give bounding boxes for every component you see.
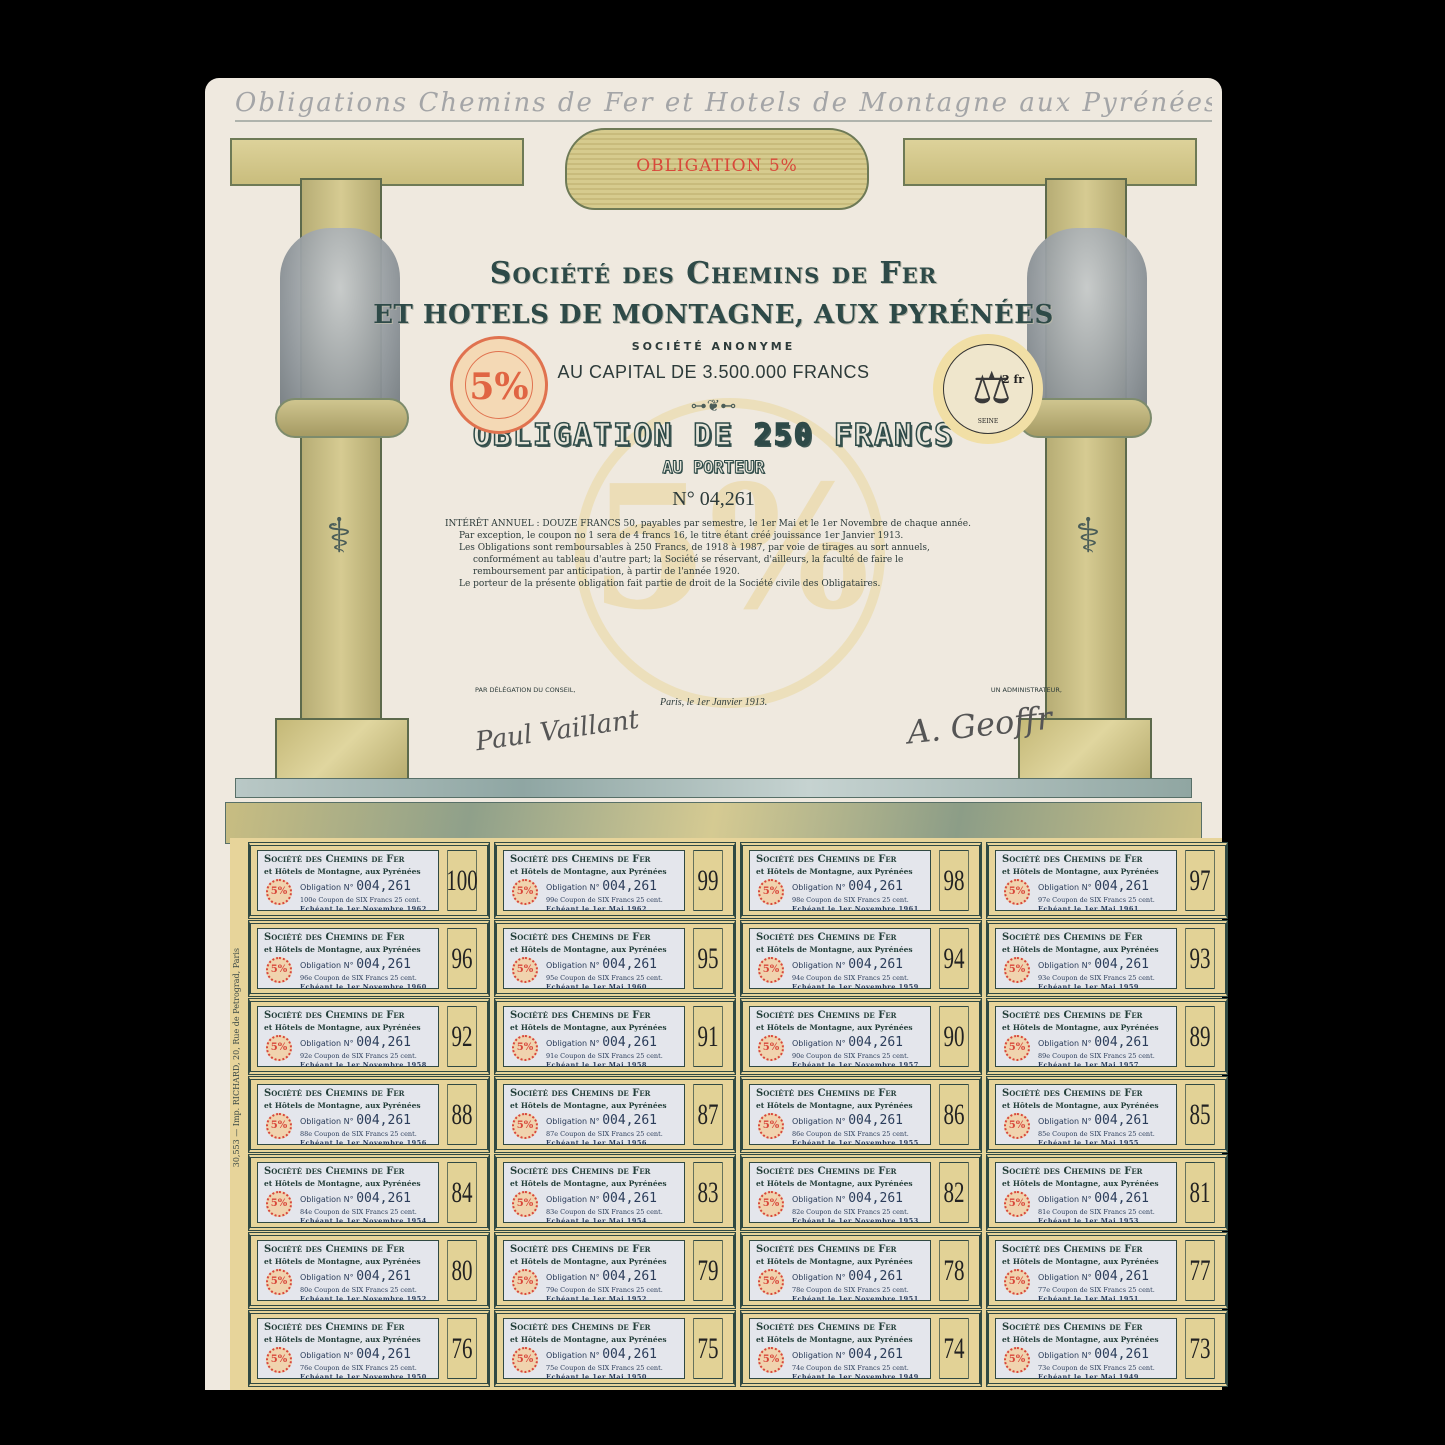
coupon-number: 87	[693, 1084, 722, 1145]
coupon-body: Société des Chemins de Fer et Hôtels de …	[257, 1084, 439, 1145]
coupon-obligation: Obligation N° 004,261	[1038, 1347, 1149, 1362]
coupon[interactable]: Société des Chemins de Fer et Hôtels de …	[986, 920, 1228, 997]
justice-figure-icon: ⚖	[972, 363, 1011, 414]
obligation-label: Obligation N°	[1038, 961, 1092, 970]
coupon-title: Société des Chemins de Fer	[756, 932, 896, 943]
coupon[interactable]: Société des Chemins de Fer et Hôtels de …	[494, 920, 736, 997]
coupon-title: Société des Chemins de Fer	[510, 932, 650, 943]
coupon[interactable]: Société des Chemins de Fer et Hôtels de …	[986, 1232, 1228, 1309]
obligation-number: 004,261	[1094, 879, 1149, 894]
coupon-title: Société des Chemins de Fer	[510, 1166, 650, 1177]
coupon-number: 94	[939, 928, 968, 989]
coupon-seal-icon: 5%	[758, 879, 784, 905]
coupon-body: Société des Chemins de Fer et Hôtels de …	[503, 1240, 685, 1301]
terms-line: Par exception, le coupon no 1 sera de 4 …	[445, 530, 1057, 542]
obligation-label: Obligation N°	[1038, 883, 1092, 892]
coupon-amount-line: 100e Coupon de SIX Francs 25 cent.	[300, 896, 421, 904]
coupon-body: Société des Chemins de Fer et Hôtels de …	[749, 1162, 931, 1223]
obligation-label: Obligation N°	[300, 1273, 354, 1282]
coupon-due-line: Echéant le 1er Novembre 1955	[792, 1139, 919, 1147]
coupon-amount-line: 73e Coupon de SIX Francs 25 cent.	[1038, 1364, 1155, 1372]
coupon-subtitle: et Hôtels de Montagne, aux Pyrénées	[756, 1101, 913, 1110]
coupon-due-line: Echéant le 1er Novembre 1954	[300, 1217, 427, 1225]
coupon-number: 86	[939, 1084, 968, 1145]
coupon-number: 92	[447, 1006, 476, 1067]
coupon-body: Société des Chemins de Fer et Hôtels de …	[749, 1318, 931, 1379]
coupon-title: Société des Chemins de Fer	[264, 1088, 404, 1099]
coupon-body: Société des Chemins de Fer et Hôtels de …	[503, 928, 685, 989]
coupon-body: Société des Chemins de Fer et Hôtels de …	[257, 1162, 439, 1223]
obligation-label: Obligation N°	[546, 1351, 600, 1360]
coupon-body: Société des Chemins de Fer et Hôtels de …	[749, 850, 931, 911]
coupon-subtitle: et Hôtels de Montagne, aux Pyrénées	[1002, 1023, 1159, 1032]
coupon-due-line: Echéant le 1er Novembre 1962	[300, 905, 427, 913]
coupon-due-line: Echéant le 1er Novembre 1951	[792, 1295, 919, 1303]
obligation-number: 004,261	[848, 879, 903, 894]
coupon[interactable]: Société des Chemins de Fer et Hôtels de …	[986, 1154, 1228, 1231]
coupon-seal-icon: 5%	[512, 1113, 538, 1139]
coupon-body: Société des Chemins de Fer et Hôtels de …	[257, 1240, 439, 1301]
coupon-seal-icon: 5%	[758, 1269, 784, 1295]
coupon-obligation: Obligation N° 004,261	[1038, 879, 1149, 894]
coupon-due-line: Echéant le 1er Mai 1953	[1038, 1217, 1139, 1225]
coupon-seal-icon: 5%	[266, 1035, 292, 1061]
terms-line: Les Obligations sont remboursables à 250…	[445, 542, 1057, 554]
coupon-body: Société des Chemins de Fer et Hôtels de …	[995, 1084, 1177, 1145]
marble-band-upper	[235, 778, 1192, 798]
coupon-seal-icon: 5%	[512, 1269, 538, 1295]
coupon-obligation: Obligation N° 004,261	[300, 957, 411, 972]
coupon-due-line: Echéant le 1er Novembre 1953	[792, 1217, 919, 1225]
coupon-seal-icon: 5%	[266, 879, 292, 905]
coupon-obligation: Obligation N° 004,261	[300, 1347, 411, 1362]
obligation-label: Obligation N°	[546, 961, 600, 970]
coupon-amount-line: 94e Coupon de SIX Francs 25 cent.	[792, 974, 909, 982]
coupon-body: Société des Chemins de Fer et Hôtels de …	[257, 928, 439, 989]
script-border-band: Obligations Chemins de Fer et Hotels de …	[235, 86, 1212, 122]
obligation-number: 004,261	[602, 1347, 657, 1362]
coupon[interactable]: Société des Chemins de Fer et Hôtels de …	[494, 1076, 736, 1153]
coupon[interactable]: Société des Chemins de Fer et Hôtels de …	[248, 1076, 490, 1153]
coupon-number: 74	[939, 1318, 968, 1379]
coupon-number: 84	[447, 1162, 476, 1223]
coupon-obligation: Obligation N° 004,261	[300, 1035, 411, 1050]
tax-stamp-seal: ⚖ 2 fr SEINE	[933, 334, 1043, 444]
bearer-label: AU PORTEUR	[205, 458, 1222, 478]
coupon-number: 95	[693, 928, 722, 989]
coupon-amount-line: 77e Coupon de SIX Francs 25 cent.	[1038, 1286, 1155, 1294]
tax-stamp-ring: ⚖ 2 fr SEINE	[943, 344, 1033, 434]
coupon-number: 77	[1185, 1240, 1214, 1301]
obligation-label: Obligation N°	[792, 1039, 846, 1048]
caduceus-icon: ⚕	[300, 508, 378, 564]
coupon-due-line: Echéant le 1er Mai 1957	[1038, 1061, 1139, 1069]
coupon-seal-icon: 5%	[758, 1113, 784, 1139]
obligation-number: 004,261	[356, 1035, 411, 1050]
obligation-number: 004,261	[602, 879, 657, 894]
coupon-title: Société des Chemins de Fer	[1002, 1166, 1142, 1177]
coupon-amount-line: 92e Coupon de SIX Francs 25 cent.	[300, 1052, 417, 1060]
coupon-title: Société des Chemins de Fer	[1002, 1322, 1142, 1333]
bond-title: OBLIGATION DE 250 FRANCS	[205, 418, 1222, 453]
obligation-label: Obligation N°	[1038, 1039, 1092, 1048]
coupon-obligation: Obligation N° 004,261	[792, 1113, 903, 1128]
terms-line: Le porteur de la présente obligation fai…	[445, 578, 1057, 590]
obligation-label: Obligation N°	[300, 883, 354, 892]
obligation-label: Obligation N°	[792, 961, 846, 970]
coupon[interactable]: Société des Chemins de Fer et Hôtels de …	[740, 1310, 982, 1387]
coupon-due-line: Echéant le 1er Mai 1955	[1038, 1139, 1139, 1147]
coupon[interactable]: Société des Chemins de Fer et Hôtels de …	[248, 998, 490, 1075]
coupon-subtitle: et Hôtels de Montagne, aux Pyrénées	[756, 1179, 913, 1188]
coupon-seal-icon: 5%	[1004, 1269, 1030, 1295]
coupon-obligation: Obligation N° 004,261	[300, 1191, 411, 1206]
coupon-amount-line: 98e Coupon de SIX Francs 25 cent.	[792, 896, 909, 904]
coupon-number: 85	[1185, 1084, 1214, 1145]
coupon-obligation: Obligation N° 004,261	[546, 1269, 657, 1284]
coupon-obligation: Obligation N° 004,261	[1038, 957, 1149, 972]
coupon-obligation: Obligation N° 004,261	[300, 879, 411, 894]
coupon-seal-icon: 5%	[1004, 1113, 1030, 1139]
obligation-label: Obligation N°	[546, 1195, 600, 1204]
coupon[interactable]: Société des Chemins de Fer et Hôtels de …	[494, 1232, 736, 1309]
coupon-body: Société des Chemins de Fer et Hôtels de …	[257, 850, 439, 911]
coupon-number: 80	[447, 1240, 476, 1301]
coupon-number: 82	[939, 1162, 968, 1223]
obligation-label: Obligation N°	[792, 1273, 846, 1282]
coupon-seal-icon: 5%	[758, 1191, 784, 1217]
coupon-subtitle: et Hôtels de Montagne, aux Pyrénées	[264, 1023, 421, 1032]
coupon-amount-line: 74e Coupon de SIX Francs 25 cent.	[792, 1364, 909, 1372]
obligation-number: 004,261	[1094, 1269, 1149, 1284]
coupon-body: Société des Chemins de Fer et Hôtels de …	[749, 1084, 931, 1145]
side-printer-imprint: 30,553 — Imp. RICHARD, 20, Rue de Petrog…	[232, 948, 241, 1167]
obligation-number: 004,261	[848, 1191, 903, 1206]
coupon-number: 76	[447, 1318, 476, 1379]
coupon-seal-icon: 5%	[512, 957, 538, 983]
obligation-number: 004,261	[602, 1269, 657, 1284]
coupon-due-line: Echéant le 1er Mai 1959	[1038, 983, 1139, 991]
coupon-seal-icon: 5%	[266, 1269, 292, 1295]
coupon-obligation: Obligation N° 004,261	[546, 957, 657, 972]
coupon-due-line: Echéant le 1er Mai 1960	[546, 983, 647, 991]
coupon[interactable]: Société des Chemins de Fer et Hôtels de …	[494, 1154, 736, 1231]
obligation-label: Obligation N°	[792, 1195, 846, 1204]
coupon-amount-line: 95e Coupon de SIX Francs 25 cent.	[546, 974, 663, 982]
obligation-label: Obligation N°	[792, 1117, 846, 1126]
coupon-obligation: Obligation N° 004,261	[300, 1113, 411, 1128]
coupon-subtitle: et Hôtels de Montagne, aux Pyrénées	[264, 945, 421, 954]
coupon-amount-line: 99e Coupon de SIX Francs 25 cent.	[546, 896, 663, 904]
coupon-seal-icon: 5%	[1004, 1191, 1030, 1217]
obligation-number: 004,261	[356, 1347, 411, 1362]
obligation-number: 004,261	[1094, 1347, 1149, 1362]
coupon[interactable]: Société des Chemins de Fer et Hôtels de …	[248, 920, 490, 997]
coupon-amount-line: 86e Coupon de SIX Francs 25 cent.	[792, 1130, 909, 1138]
coupon[interactable]: Société des Chemins de Fer et Hôtels de …	[494, 1310, 736, 1387]
obligation-number: 004,261	[1094, 1191, 1149, 1206]
coupon-number: 100	[447, 850, 476, 911]
coupon-seal-icon: 5%	[758, 1347, 784, 1373]
obligation-number: 004,261	[848, 1113, 903, 1128]
coupon-seal-icon: 5%	[266, 1113, 292, 1139]
coupon-title: Société des Chemins de Fer	[756, 854, 896, 865]
coupon-subtitle: et Hôtels de Montagne, aux Pyrénées	[1002, 1101, 1159, 1110]
company-type: SOCIÉTÉ ANONYME	[205, 340, 1222, 353]
coupon-seal-icon: 5%	[1004, 1347, 1030, 1373]
coupon[interactable]: Société des Chemins de Fer et Hôtels de …	[986, 1076, 1228, 1153]
obligation-number: 004,261	[602, 1191, 657, 1206]
obligation-label: Obligation N°	[1038, 1273, 1092, 1282]
flourish-ornament-icon: ⊶❦⊷	[205, 396, 1222, 415]
coupon-body: Société des Chemins de Fer et Hôtels de …	[503, 1318, 685, 1379]
coupon-seal-icon: 5%	[1004, 1035, 1030, 1061]
coupon-subtitle: et Hôtels de Montagne, aux Pyrénées	[1002, 1257, 1159, 1266]
bond-title-suffix: FRANCS	[814, 418, 954, 453]
coupon-amount-line: 87e Coupon de SIX Francs 25 cent.	[546, 1130, 663, 1138]
coupon[interactable]: Société des Chemins de Fer et Hôtels de …	[740, 842, 982, 919]
coupon[interactable]: Société des Chemins de Fer et Hôtels de …	[986, 1310, 1228, 1387]
coupon-due-line: Echéant le 1er Novembre 1961	[792, 905, 919, 913]
coupon-title: Société des Chemins de Fer	[510, 1010, 650, 1021]
obligation-label: Obligation N°	[300, 1039, 354, 1048]
coupon-amount-line: 82e Coupon de SIX Francs 25 cent.	[792, 1208, 909, 1216]
obligation-number: 004,261	[848, 957, 903, 972]
obligation-number: 004,261	[848, 1269, 903, 1284]
coupon[interactable]: Société des Chemins de Fer et Hôtels de …	[986, 842, 1228, 919]
coupon[interactable]: Société des Chemins de Fer et Hôtels de …	[740, 1076, 982, 1153]
coupon-number: 99	[693, 850, 722, 911]
coupon-title: Société des Chemins de Fer	[264, 1244, 404, 1255]
coupon-obligation: Obligation N° 004,261	[1038, 1191, 1149, 1206]
coupon-body: Société des Chemins de Fer et Hôtels de …	[503, 1162, 685, 1223]
obligation-label: Obligation N°	[1038, 1195, 1092, 1204]
coupon-subtitle: et Hôtels de Montagne, aux Pyrénées	[510, 1023, 667, 1032]
coupon-subtitle: et Hôtels de Montagne, aux Pyrénées	[1002, 1335, 1159, 1344]
coupon[interactable]: Société des Chemins de Fer et Hôtels de …	[494, 998, 736, 1075]
obligation-number: 004,261	[1094, 957, 1149, 972]
coupon-due-line: Echéant le 1er Mai 1956	[546, 1139, 647, 1147]
coupon-subtitle: et Hôtels de Montagne, aux Pyrénées	[510, 867, 667, 876]
coupon-number: 83	[693, 1162, 722, 1223]
coupon-obligation: Obligation N° 004,261	[300, 1269, 411, 1284]
obligation-number: 004,261	[848, 1347, 903, 1362]
coupon-obligation: Obligation N° 004,261	[1038, 1269, 1149, 1284]
coupon-number: 98	[939, 850, 968, 911]
coupon-body: Société des Chemins de Fer et Hôtels de …	[995, 1240, 1177, 1301]
coupon[interactable]: Société des Chemins de Fer et Hôtels de …	[740, 998, 982, 1075]
coupon-subtitle: et Hôtels de Montagne, aux Pyrénées	[510, 1335, 667, 1344]
coupon[interactable]: Société des Chemins de Fer et Hôtels de …	[740, 920, 982, 997]
left-signature: Paul Vaillant	[474, 705, 641, 758]
coupon[interactable]: Société des Chemins de Fer et Hôtels de …	[248, 1232, 490, 1309]
coupon-due-line: Echéant le 1er Novembre 1960	[300, 983, 427, 991]
coupon-amount-line: 91e Coupon de SIX Francs 25 cent.	[546, 1052, 663, 1060]
coupon-obligation: Obligation N° 004,261	[546, 1113, 657, 1128]
coupon-amount-line: 93e Coupon de SIX Francs 25 cent.	[1038, 974, 1155, 982]
coupon-number: 75	[693, 1318, 722, 1379]
coupon[interactable]: Société des Chemins de Fer et Hôtels de …	[740, 1154, 982, 1231]
coupon-obligation: Obligation N° 004,261	[792, 1035, 903, 1050]
coupon-amount-line: 85e Coupon de SIX Francs 25 cent.	[1038, 1130, 1155, 1138]
coupon-title: Société des Chemins de Fer	[756, 1010, 896, 1021]
caduceus-icon: ⚕	[1049, 508, 1127, 564]
coupon-due-line: Echéant le 1er Novembre 1958	[300, 1061, 427, 1069]
coupon-subtitle: et Hôtels de Montagne, aux Pyrénées	[510, 1101, 667, 1110]
coupon-body: Société des Chemins de Fer et Hôtels de …	[503, 1006, 685, 1067]
obligation-label: Obligation N°	[1038, 1351, 1092, 1360]
coupon-grid: Société des Chemins de Fer et Hôtels de …	[248, 842, 1228, 1387]
red-5-percent-seal: 5%	[450, 336, 548, 434]
tax-stamp-value: 2 fr	[1002, 373, 1024, 386]
coupon-body: Société des Chemins de Fer et Hôtels de …	[995, 1318, 1177, 1379]
coupon-seal-icon: 5%	[1004, 879, 1030, 905]
left-pedestal	[275, 718, 409, 780]
coupon-subtitle: et Hôtels de Montagne, aux Pyrénées	[510, 945, 667, 954]
coupon-body: Société des Chemins de Fer et Hôtels de …	[749, 1240, 931, 1301]
coupon-title: Société des Chemins de Fer	[510, 854, 650, 865]
coupon-amount-line: 97e Coupon de SIX Francs 25 cent.	[1038, 896, 1155, 904]
obligation-label: Obligation N°	[792, 1351, 846, 1360]
coupon-amount-line: 84e Coupon de SIX Francs 25 cent.	[300, 1208, 417, 1216]
coupon-number: 73	[1185, 1318, 1214, 1379]
coupon-due-line: Echéant le 1er Mai 1962	[546, 905, 647, 913]
seal-text: 5%	[465, 351, 533, 419]
obligation-number: 004,261	[602, 957, 657, 972]
coupon-subtitle: et Hôtels de Montagne, aux Pyrénées	[756, 945, 913, 954]
coupon-number: 91	[693, 1006, 722, 1067]
coupon-obligation: Obligation N° 004,261	[1038, 1113, 1149, 1128]
coupon-title: Société des Chemins de Fer	[264, 854, 404, 865]
coupon-body: Société des Chemins de Fer et Hôtels de …	[995, 1006, 1177, 1067]
coupon-subtitle: et Hôtels de Montagne, aux Pyrénées	[264, 1335, 421, 1344]
coupon-title: Société des Chemins de Fer	[756, 1088, 896, 1099]
coupon-title: Société des Chemins de Fer	[510, 1322, 650, 1333]
coupon-obligation: Obligation N° 004,261	[546, 1347, 657, 1362]
header-badge: OBLIGATION 5%	[567, 156, 867, 176]
coupon[interactable]: Société des Chemins de Fer et Hôtels de …	[248, 1310, 490, 1387]
coupon[interactable]: Société des Chemins de Fer et Hôtels de …	[986, 998, 1228, 1075]
coupon-amount-line: 79e Coupon de SIX Francs 25 cent.	[546, 1286, 663, 1294]
obligation-number: 004,261	[356, 957, 411, 972]
coupon-seal-icon: 5%	[512, 1191, 538, 1217]
coupon-body: Société des Chemins de Fer et Hôtels de …	[749, 1006, 931, 1067]
obligation-label: Obligation N°	[546, 883, 600, 892]
terms-block: INTÉRÊT ANNUEL : DOUZE FRANCS 50, payabl…	[445, 518, 1057, 590]
coupon-number: 93	[1185, 928, 1214, 989]
coupon-subtitle: et Hôtels de Montagne, aux Pyrénées	[510, 1257, 667, 1266]
coupon-title: Société des Chemins de Fer	[1002, 854, 1142, 865]
coupon-subtitle: et Hôtels de Montagne, aux Pyrénées	[264, 1101, 421, 1110]
obligation-number: 004,261	[1094, 1113, 1149, 1128]
coupon-subtitle: et Hôtels de Montagne, aux Pyrénées	[1002, 945, 1159, 954]
bond-certificate: Obligations Chemins de Fer et Hotels de …	[205, 78, 1222, 1390]
coupon-due-line: Echéant le 1er Mai 1954	[546, 1217, 647, 1225]
obligation-number: 004,261	[602, 1035, 657, 1050]
obligation-label: Obligation N°	[792, 883, 846, 892]
coupon-seal-icon: 5%	[512, 1035, 538, 1061]
coupon-amount-line: 75e Coupon de SIX Francs 25 cent.	[546, 1364, 663, 1372]
administrator-label: UN ADMINISTRATEUR,	[991, 686, 1062, 694]
coupon-seal-icon: 5%	[266, 957, 292, 983]
coupon-amount-line: 83e Coupon de SIX Francs 25 cent.	[546, 1208, 663, 1216]
coupon-title: Société des Chemins de Fer	[510, 1244, 650, 1255]
coupon-subtitle: et Hôtels de Montagne, aux Pyrénées	[1002, 1179, 1159, 1188]
obligation-number: 004,261	[602, 1113, 657, 1128]
coupon-subtitle: et Hôtels de Montagne, aux Pyrénées	[756, 1335, 913, 1344]
bond-amount: 250	[754, 418, 814, 453]
coupon-title: Société des Chemins de Fer	[1002, 1010, 1142, 1021]
obligation-number: 004,261	[1094, 1035, 1149, 1050]
obligation-label: Obligation N°	[300, 1195, 354, 1204]
coupon-due-line: Echéant le 1er Novembre 1950	[300, 1373, 427, 1381]
coupon-due-line: Echéant le 1er Mai 1958	[546, 1061, 647, 1069]
coupon-obligation: Obligation N° 004,261	[792, 879, 903, 894]
coupon-amount-line: 81e Coupon de SIX Francs 25 cent.	[1038, 1208, 1155, 1216]
coupon-obligation: Obligation N° 004,261	[792, 1347, 903, 1362]
coupon[interactable]: Société des Chemins de Fer et Hôtels de …	[248, 1154, 490, 1231]
coupon-body: Société des Chemins de Fer et Hôtels de …	[257, 1006, 439, 1067]
coupon-obligation: Obligation N° 004,261	[1038, 1035, 1149, 1050]
obligation-number: 004,261	[356, 879, 411, 894]
coupon-amount-line: 96e Coupon de SIX Francs 25 cent.	[300, 974, 417, 982]
coupon-title: Société des Chemins de Fer	[510, 1088, 650, 1099]
coupon-due-line: Echéant le 1er Mai 1949	[1038, 1373, 1139, 1381]
coupon-number: 97	[1185, 850, 1214, 911]
coupon-due-line: Echéant le 1er Mai 1951	[1038, 1295, 1139, 1303]
coupon-due-line: Echéant le 1er Mai 1952	[546, 1295, 647, 1303]
coupon-number: 89	[1185, 1006, 1214, 1067]
obligation-label: Obligation N°	[300, 961, 354, 970]
coupon-sheet: 30,553 — Imp. RICHARD, 20, Rue de Petrog…	[230, 838, 1222, 1390]
coupon-title: Société des Chemins de Fer	[1002, 1088, 1142, 1099]
coupon-subtitle: et Hôtels de Montagne, aux Pyrénées	[264, 1257, 421, 1266]
coupon-title: Société des Chemins de Fer	[756, 1244, 896, 1255]
coupon-title: Société des Chemins de Fer	[756, 1322, 896, 1333]
coupon[interactable]: Société des Chemins de Fer et Hôtels de …	[494, 842, 736, 919]
coupon-seal-icon: 5%	[758, 957, 784, 983]
coupon-title: Société des Chemins de Fer	[1002, 932, 1142, 943]
coupon-title: Société des Chemins de Fer	[756, 1166, 896, 1177]
company-title: Société des Chemins de Fer	[205, 256, 1222, 291]
coupon-due-line: Echéant le 1er Mai 1950	[546, 1373, 647, 1381]
company-subtitle: ET HOTELS DE MONTAGNE, AUX PYRÉNÉES	[205, 300, 1222, 330]
coupon-title: Société des Chemins de Fer	[264, 1166, 404, 1177]
terms-line: INTÉRÊT ANNUEL : DOUZE FRANCS 50, payabl…	[445, 518, 1057, 530]
certificate-number: N° 04,261	[205, 488, 1222, 511]
coupon-due-line: Echéant le 1er Novembre 1949	[792, 1373, 919, 1381]
coupon-number: 96	[447, 928, 476, 989]
coupon-obligation: Obligation N° 004,261	[546, 1035, 657, 1050]
coupon-obligation: Obligation N° 004,261	[792, 957, 903, 972]
coupon-title: Société des Chemins de Fer	[1002, 1244, 1142, 1255]
coupon-subtitle: et Hôtels de Montagne, aux Pyrénées	[756, 867, 913, 876]
capital-line: AU CAPITAL DE 3.500.000 FRANCS	[205, 362, 1222, 383]
obligation-number: 004,261	[356, 1191, 411, 1206]
coupon-title: Société des Chemins de Fer	[264, 1322, 404, 1333]
coupon-obligation: Obligation N° 004,261	[546, 879, 657, 894]
obligation-label: Obligation N°	[300, 1351, 354, 1360]
coupon-amount-line: 78e Coupon de SIX Francs 25 cent.	[792, 1286, 909, 1294]
coupon[interactable]: Société des Chemins de Fer et Hôtels de …	[248, 842, 490, 919]
coupon-due-line: Echéant le 1er Novembre 1956	[300, 1139, 427, 1147]
coupon-seal-icon: 5%	[266, 1191, 292, 1217]
coupon-number: 90	[939, 1006, 968, 1067]
coupon-amount-line: 76e Coupon de SIX Francs 25 cent.	[300, 1364, 417, 1372]
coupon-number: 78	[939, 1240, 968, 1301]
coupon-number: 88	[447, 1084, 476, 1145]
coupon[interactable]: Société des Chemins de Fer et Hôtels de …	[740, 1232, 982, 1309]
